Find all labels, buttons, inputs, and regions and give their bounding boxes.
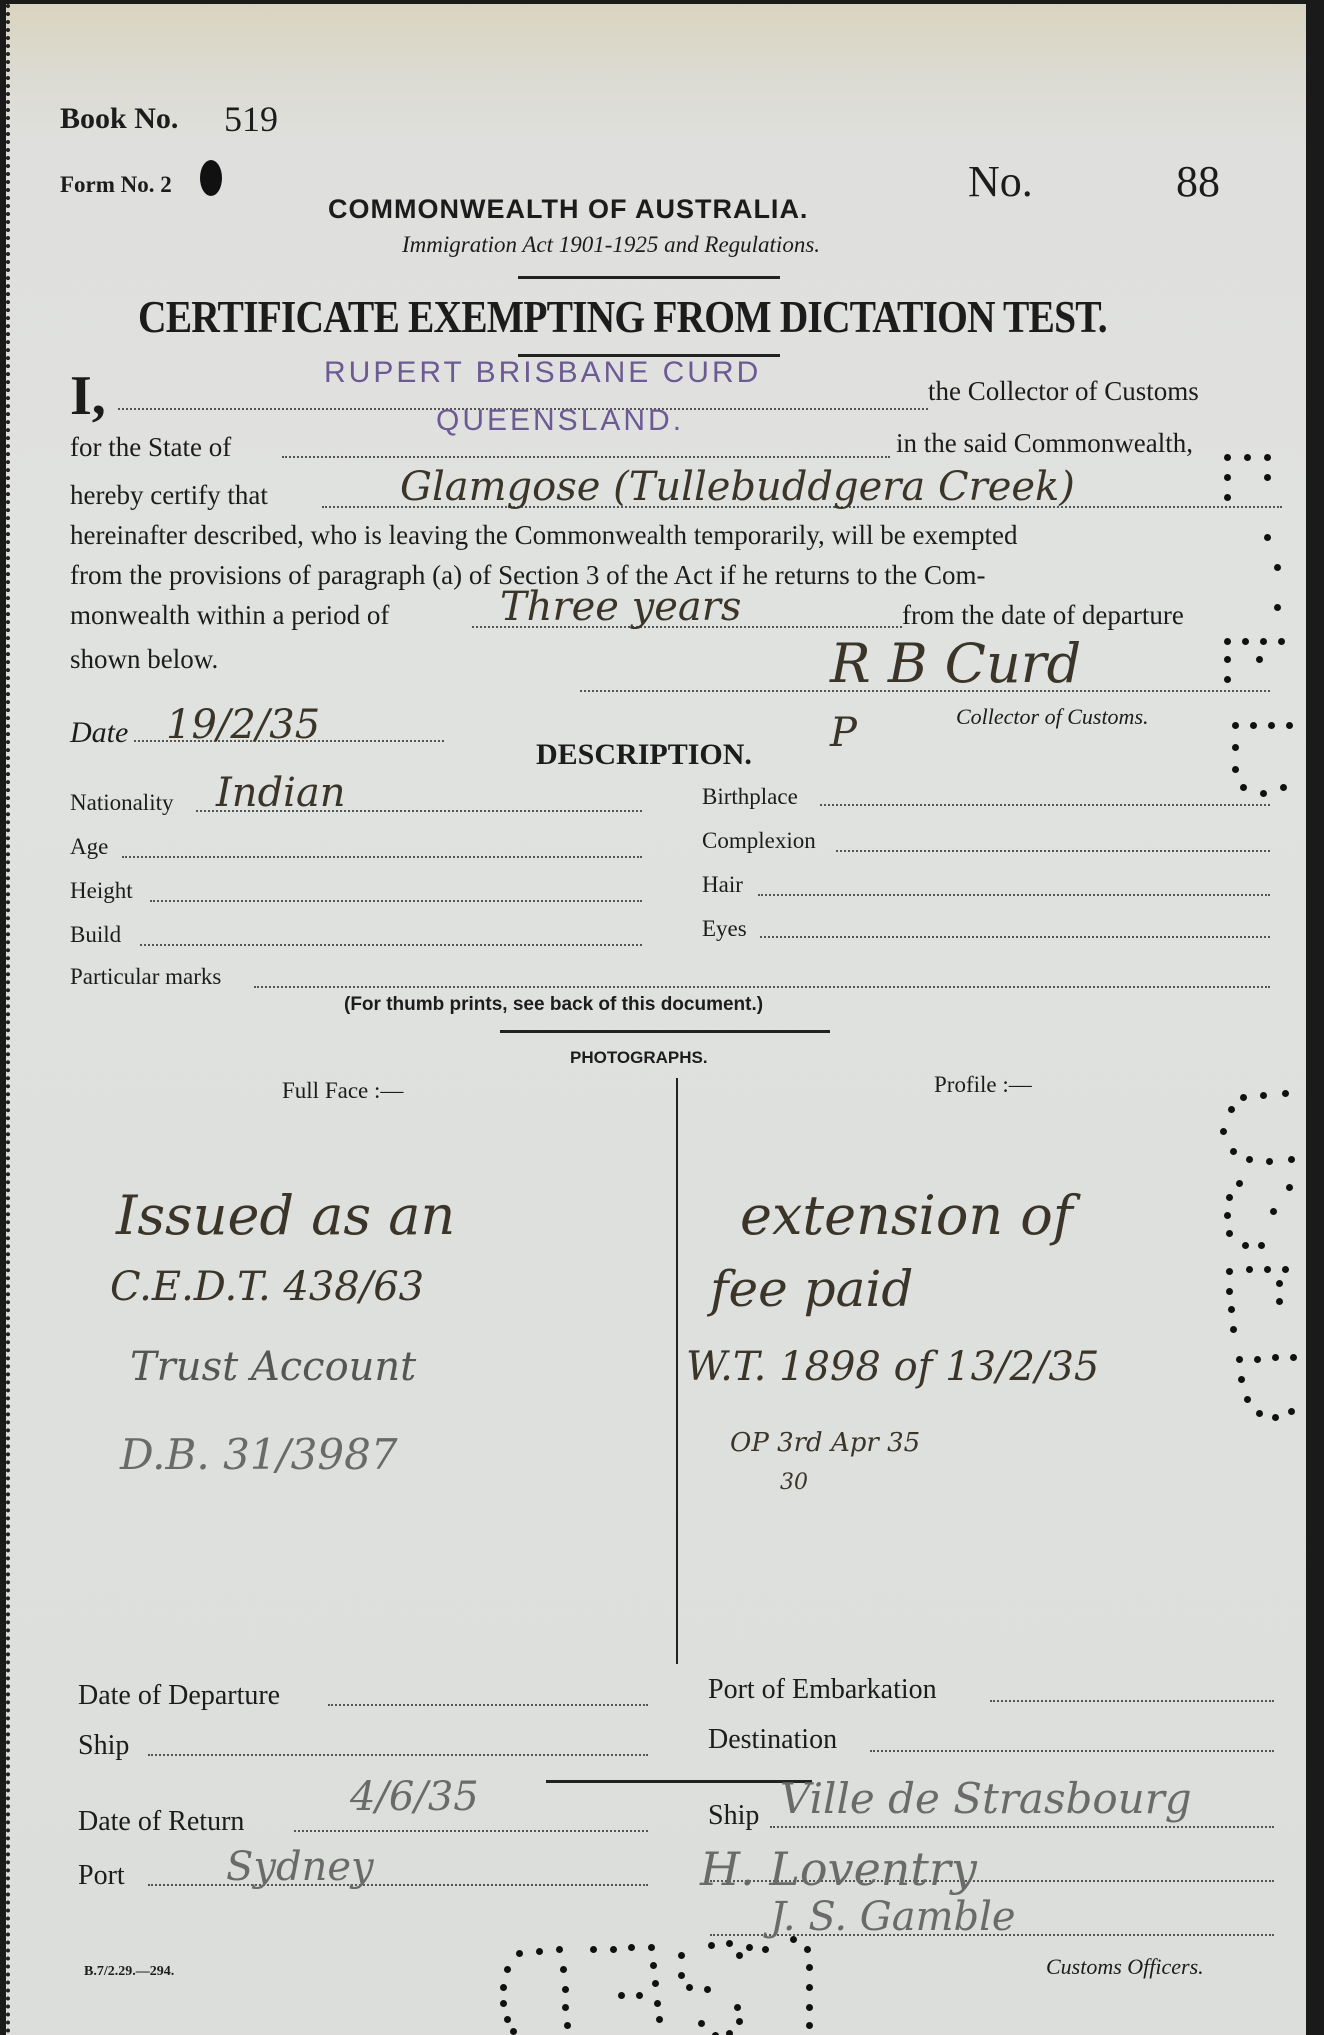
age-line — [122, 856, 642, 858]
embarkation-port-label: Port of Embarkation — [708, 1674, 937, 1706]
book-no-value: 519 — [224, 98, 278, 140]
description-heading: DESCRIPTION. — [536, 738, 752, 772]
person-name-value: Glamgose (Tullebuddgera Creek) — [400, 464, 1075, 510]
complexion-label: Complexion — [702, 828, 816, 854]
particular-marks-label: Particular marks — [70, 964, 221, 990]
departure-date-label: Date of Departure — [78, 1680, 280, 1712]
note-fee-paid: fee paid — [710, 1260, 913, 1318]
period-value: Three years — [500, 584, 741, 630]
date-label: Date — [70, 716, 128, 750]
height-line — [150, 900, 642, 902]
commonwealth-heading: COMMONWEALTH OF AUSTRALIA. — [328, 194, 808, 225]
state-label: for the State of — [70, 432, 231, 463]
return-port-label: Port — [78, 1860, 125, 1892]
age-label: Age — [70, 834, 108, 860]
return-date-line — [294, 1830, 648, 1832]
thumb-print-note: (For thumb prints, see back of this docu… — [344, 994, 763, 1016]
build-line — [140, 944, 642, 946]
customs-officers-label: Customs Officers. — [1046, 1954, 1204, 1980]
note-cedt: C.E.D.T. 438/63 — [110, 1264, 424, 1310]
full-face-label: Full Face :— — [282, 1078, 403, 1104]
officer-signature-1: H. Loventry — [700, 1842, 977, 1896]
certificate-document: Book No. 519 Form No. 2 COMMONWEALTH OF … — [6, 4, 1306, 2035]
note-wt: W.T. 1898 of 13/2/35 — [686, 1344, 1099, 1390]
date-value: 19/2/35 — [166, 702, 320, 748]
nationality-value: Indian — [216, 770, 346, 816]
destination-label: Destination — [708, 1724, 837, 1756]
return-port-value: Sydney — [226, 1844, 374, 1890]
eyes-label: Eyes — [702, 916, 747, 942]
height-label: Height — [70, 878, 133, 904]
initials-mark: P — [830, 710, 857, 756]
departure-ship-label: Ship — [78, 1730, 129, 1762]
photo-divider — [676, 1078, 678, 1664]
complexion-line — [836, 850, 1270, 852]
return-ship-line — [770, 1826, 1274, 1828]
build-label: Build — [70, 922, 121, 948]
return-ship-label: Ship — [708, 1800, 759, 1832]
note-db: D.B. 31/3987 — [120, 1430, 398, 1479]
note-initials-sub: 30 — [780, 1470, 808, 1495]
hair-line — [758, 894, 1270, 896]
number-label-text: No. — [968, 157, 1033, 206]
collector-suffix: the Collector of Customs — [928, 376, 1199, 407]
officer-signature-2: J. S. Gamble — [770, 1894, 1016, 1940]
birthplace-label: Birthplace — [702, 784, 798, 810]
state-suffix: in the said Commonwealth, — [896, 428, 1193, 459]
certificate-text-line7: shown below. — [70, 644, 218, 675]
number-label: No. — [968, 156, 1033, 207]
return-date-value: 4/6/35 — [350, 1774, 479, 1820]
i-label: I, — [70, 364, 106, 428]
period-prefix: monwealth within a period of — [70, 600, 389, 631]
departure-date-line — [328, 1704, 648, 1706]
form-code: B.7/2.29.—294. — [84, 1964, 174, 1980]
form-no-label: Form No. 2 — [60, 172, 172, 198]
return-ship-value: Ville de Strasbourg — [780, 1774, 1192, 1823]
particular-marks-line — [254, 986, 1270, 988]
period-suffix: from the date of departure — [902, 600, 1184, 631]
note-issued: Issued as an — [116, 1184, 455, 1247]
embarkation-port-line — [990, 1700, 1274, 1702]
certify-label: hereby certify that — [70, 480, 268, 511]
book-no-label: Book No. — [60, 102, 178, 136]
header-rule — [518, 276, 780, 279]
note-extension: extension of — [740, 1184, 1073, 1247]
punch-hole-blot — [200, 160, 222, 196]
description-rule — [500, 1030, 830, 1033]
return-port-line — [148, 1884, 648, 1886]
departure-rule — [546, 1780, 812, 1783]
collector-signature: R B Curd — [830, 632, 1081, 695]
photographs-heading: PHOTOGRAPHS. — [570, 1048, 708, 1068]
state-line — [282, 456, 890, 458]
act-subtitle: Immigration Act 1901-1925 and Regulation… — [402, 232, 820, 258]
number-value: 88 — [1176, 156, 1220, 207]
nationality-label: Nationality — [70, 790, 173, 816]
return-date-label: Date of Return — [78, 1806, 244, 1838]
hair-label: Hair — [702, 872, 743, 898]
stamp-state: QUEENSLAND. — [436, 404, 684, 438]
certificate-text-line4: hereinafter described, who is leaving th… — [70, 520, 1017, 551]
stamp-collector-name: RUPERT BRISBANE CURD — [324, 356, 761, 390]
destination-line — [870, 1750, 1274, 1752]
departure-ship-line — [148, 1754, 648, 1756]
note-trust-account: Trust Account — [130, 1344, 416, 1390]
eyes-line — [760, 936, 1270, 938]
profile-label: Profile :— — [934, 1072, 1032, 1098]
collector-role: Collector of Customs. — [956, 704, 1149, 730]
birthplace-line — [820, 804, 1270, 806]
note-initials: OP 3rd Apr 35 — [730, 1428, 920, 1458]
certificate-title: CERTIFICATE EXEMPTING FROM DICTATION TES… — [138, 290, 1107, 343]
